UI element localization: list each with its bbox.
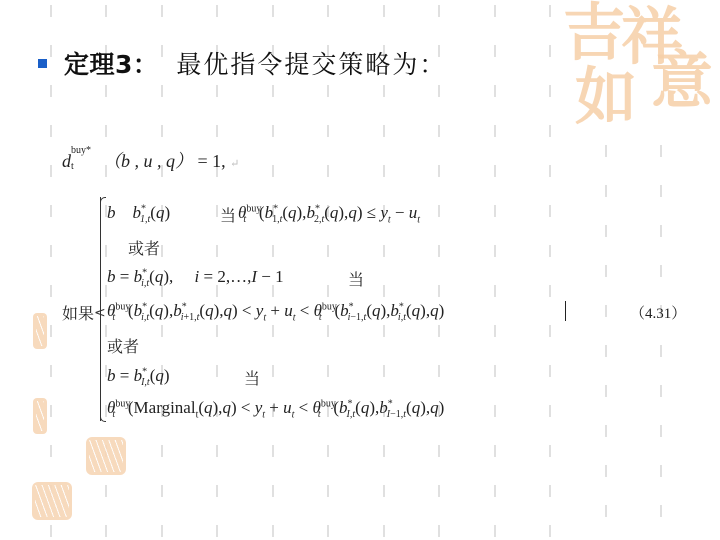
formula-args: （b , u , q） (103, 151, 193, 171)
case-3-condition: θbuyt (Marginalt(q),q) < yt + ut < θbuyt… (107, 398, 444, 420)
seal-decoration-large: 吉 祥 如 意 (555, 0, 720, 135)
if-label: 如果 (62, 301, 94, 324)
brace-point: < (94, 305, 106, 321)
seal-decoration-small (33, 313, 47, 349)
theorem-label: 定理3： (64, 45, 158, 81)
case-2: b = b*i,t(q), i = 2,…,I − 1 (107, 267, 284, 289)
slide-title: 定理3： 最优指令提交策略为： (38, 45, 446, 81)
brace-top (100, 197, 106, 204)
or-connector: 或者 (107, 334, 139, 357)
bg-line (383, 5, 385, 540)
formula-intro: dbuy*t（b , u , q） = 1, ↵ (62, 147, 239, 173)
case-2-condition: θbuyt (b*i,t(q),b*i+1,t(q),q) < yt + ut … (107, 301, 444, 323)
theorem-statement: 最优指令提交策略为： (176, 45, 446, 81)
equation-number: （4.31） (630, 302, 686, 323)
bg-line (549, 5, 551, 540)
seal-decoration-small (33, 398, 47, 434)
seal-char: 吉 (563, 2, 625, 64)
bg-line (50, 5, 52, 540)
seal-decoration-small (86, 437, 126, 475)
case-3: b = b*I,t(q) (107, 366, 170, 388)
case-1-condition: θbuyt (b*1,t(q),b*2,t(q),q) ≤ yt − ut (238, 203, 420, 225)
bg-line (605, 145, 607, 540)
formula-subscript: t (71, 161, 74, 172)
paragraph-mark-icon: ↵ (230, 158, 239, 170)
case-3-when: 当 (244, 366, 260, 389)
formula-symbol: d (62, 151, 71, 171)
bg-line (494, 5, 496, 540)
case-1-when: 当 (220, 203, 236, 226)
seal-char: 意 (651, 50, 713, 112)
bg-line (327, 5, 329, 540)
formula-superscript: buy* (71, 145, 91, 156)
square-bullet-icon (38, 59, 47, 68)
case-2-when: 当 (348, 267, 364, 290)
text-cursor (565, 301, 566, 321)
or-connector: 或者 (128, 236, 160, 259)
case-1: b b*1,t(q) (107, 203, 170, 225)
bg-line (660, 145, 662, 540)
seal-char: 如 (575, 66, 637, 128)
formula-equals: = 1, (198, 151, 226, 171)
bg-line (438, 5, 440, 540)
seal-decoration-small (32, 482, 72, 520)
